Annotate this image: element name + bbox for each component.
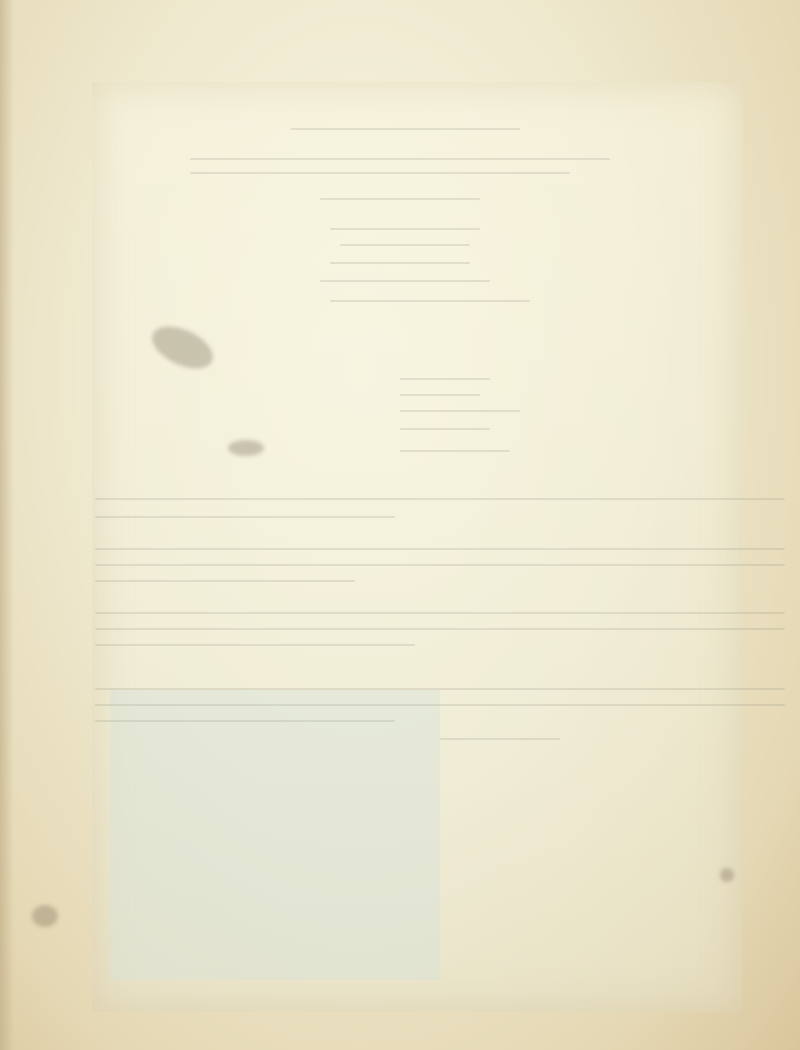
stain-mark (32, 905, 58, 927)
stain-mark (228, 440, 264, 456)
page-left-edge (0, 0, 14, 1050)
stain-mark (720, 868, 734, 882)
faded-panel (110, 690, 440, 980)
